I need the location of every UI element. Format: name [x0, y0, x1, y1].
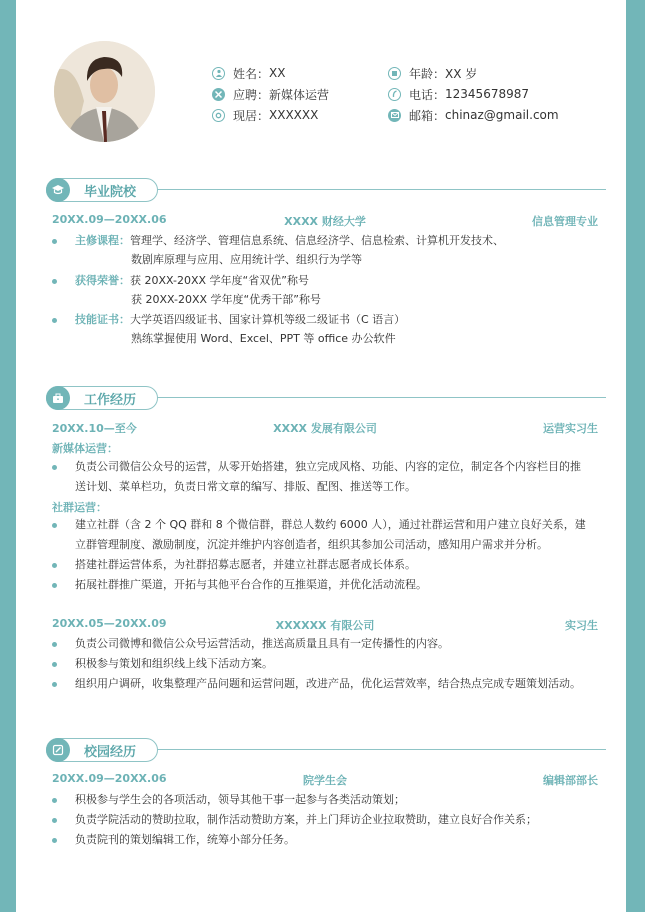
job-meta: 20XX.10—至今 XXXX 发展有限公司 运营实习生 — [52, 420, 598, 436]
profile-field-name: 姓名：XX — [212, 64, 285, 82]
job-subtitle: 新媒体运营： — [52, 440, 118, 456]
bullet-dot — [52, 583, 57, 588]
bullet-dot — [52, 563, 57, 568]
education-item: 技能证书：大学英语四级证书、国家计算机等级二级证书（C 语言） — [75, 311, 405, 329]
job-bullet-text: 搭建社群运营体系，为社群招募志愿者，并建立社群志愿者成长体系。 — [75, 555, 605, 575]
education-item-line: 熟练掌握使用 Word、Excel、PPT 等 office 办公软件 — [131, 330, 396, 348]
bullet-dot — [52, 239, 57, 244]
education-item: 获得荣誉：获 20XX-20XX 学年度“省双优”称号 — [75, 272, 309, 290]
bullet-dot — [52, 838, 57, 843]
bullet-dot — [52, 279, 57, 284]
job-bullet-text: 建立社群（含 2 个 QQ 群和 8 个微信群，群总人数约 6000 人），通过… — [75, 515, 605, 555]
campus-meta: 20XX.09—20XX.06 院学生会 编辑部部长 — [52, 772, 598, 788]
job-company: XXXX 发展有限公司 — [52, 420, 598, 436]
profile-field-email: 邮箱：chinaz@gmail.com — [388, 106, 559, 124]
job-bullet-text: 积极参与策划和组织线上线下活动方案。 — [75, 654, 605, 674]
bullet-dot — [52, 465, 57, 470]
calendar-icon — [388, 67, 401, 80]
profile-field-position: 应聘：新媒体运营 — [212, 85, 329, 103]
education-item: 主修课程：管理学、经济学、管理信息系统、信息经济学、信息检索、计算机开发技术、 — [75, 232, 504, 250]
bullet-dot — [52, 523, 57, 528]
section-header-work: 工作经历 — [46, 386, 606, 410]
divider-line — [146, 749, 606, 750]
bullet-dot — [52, 662, 57, 667]
phone-icon — [388, 88, 401, 101]
campus-role: 编辑部部长 — [543, 772, 598, 788]
bullet-dot — [52, 642, 57, 647]
profile-field-age: 年龄：XX 岁 — [388, 64, 477, 82]
bullet-dot — [52, 798, 57, 803]
job-role: 实习生 — [565, 617, 598, 633]
email-icon — [388, 109, 401, 122]
campus-bullet-text: 负责院刊的策划编辑工作，统筹小部分任务。 — [75, 830, 605, 850]
divider-line — [146, 397, 606, 398]
left-border-decoration — [0, 0, 16, 912]
campus-org: 院学生会 — [52, 772, 598, 788]
job-bullet-text: 负责公司微信公众号的运营，从零开始搭建，独立完成风格、功能、内容的定位，制定各个… — [75, 457, 605, 497]
section-title: 工作经历 — [84, 389, 136, 408]
bullet-dot — [52, 682, 57, 687]
graduation-cap-icon — [46, 178, 70, 202]
job-subtitle: 社群运营： — [52, 499, 107, 515]
job-company: XXXXXX 有限公司 — [52, 617, 598, 633]
education-school: XXXX 财经大学 — [52, 213, 598, 229]
section-header-education: 毕业院校 — [46, 178, 606, 202]
campus-bullet-text: 积极参与学生会的各项活动，领导其他干事一起参与各类活动策划； — [75, 790, 605, 810]
section-title: 校园经历 — [84, 741, 136, 760]
job-bullet-text: 组织用户调研，收集整理产品问题和运营问题，改进产品，优化运营效率，结合热点完成专… — [75, 674, 605, 694]
portrait-photo — [54, 41, 155, 142]
bullet-dot — [52, 318, 57, 323]
job-role: 运营实习生 — [543, 420, 598, 436]
right-border-decoration — [626, 0, 645, 912]
profile-field-phone: 电话：12345678987 — [388, 85, 529, 103]
briefcase-tools-icon — [212, 88, 225, 101]
profile-field-residence: 现居：XXXXXX — [212, 106, 318, 124]
bullet-dot — [52, 818, 57, 823]
education-item-line: 获 20XX-20XX 学年度“优秀干部”称号 — [131, 291, 321, 309]
location-pin-icon — [212, 109, 225, 122]
campus-bullet-text: 负责学院活动的赞助拉取，制作活动赞助方案，并上门拜访企业拉取赞助，建立良好合作关… — [75, 810, 605, 830]
edit-pencil-icon — [46, 738, 70, 762]
education-item-line: 数剧库原理与应用、应用统计学、组织行为学等 — [131, 251, 362, 269]
divider-line — [146, 189, 606, 190]
job-bullet-text: 负责公司微博和微信公众号运营活动，推送高质量且具有一定传播性的内容。 — [75, 634, 605, 654]
education-meta: 20XX.09—20XX.06 XXXX 财经大学 信息管理专业 — [52, 213, 598, 229]
job-meta: 20XX.05—20XX.09 XXXXXX 有限公司 实习生 — [52, 617, 598, 633]
section-header-campus: 校园经历 — [46, 738, 606, 762]
briefcase-icon — [46, 386, 70, 410]
education-major: 信息管理专业 — [532, 213, 598, 229]
user-icon — [212, 67, 225, 80]
job-bullet-text: 拓展社群推广渠道，开拓与其他平台合作的互推渠道，并优化活动流程。 — [75, 575, 605, 595]
section-title: 毕业院校 — [84, 181, 136, 200]
